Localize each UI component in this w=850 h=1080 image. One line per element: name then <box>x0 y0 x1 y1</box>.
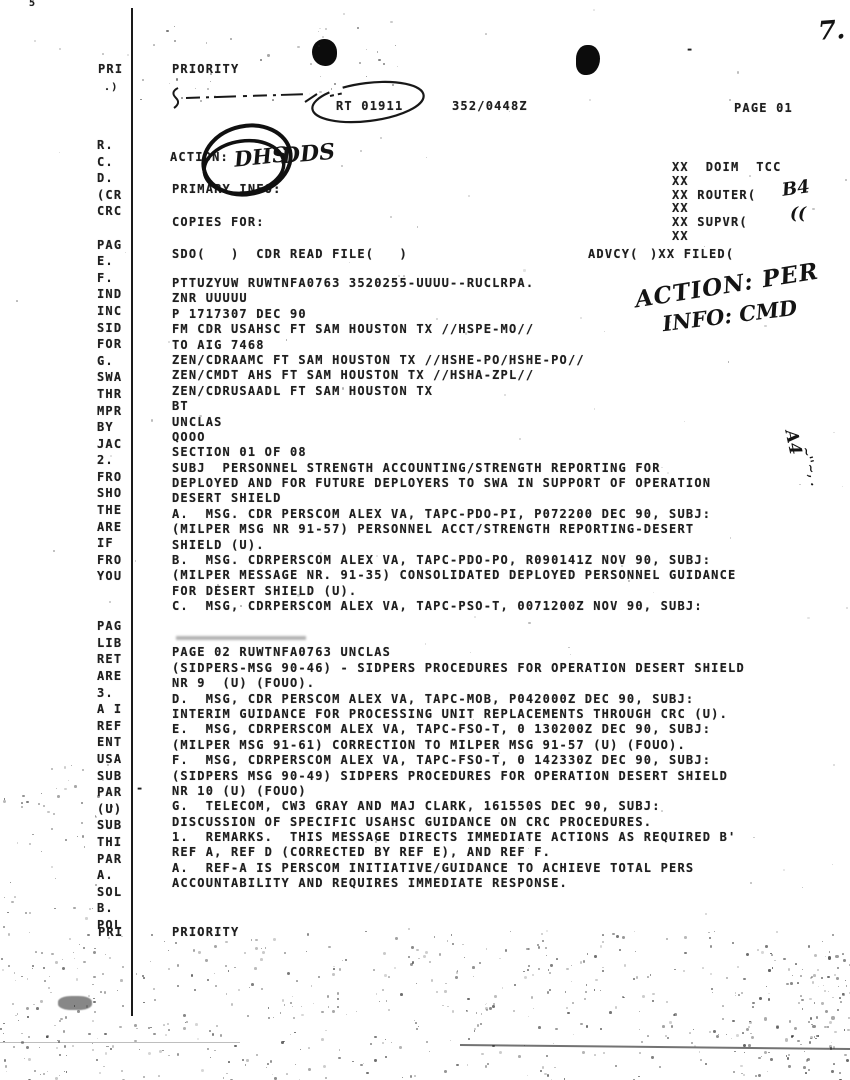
handwritten-supvr-mark: (( <box>790 204 806 224</box>
margin-line: ARE <box>97 668 122 685</box>
margin-line: A. <box>97 867 122 884</box>
message-line: F. MSG, CDRPERSCOM ALEX VA, TAPC-FSO-T, … <box>172 753 745 768</box>
margin-line: SUB <box>97 817 122 834</box>
margin-line: C. <box>97 154 122 171</box>
rt-number: RT 01911 <box>336 99 403 113</box>
margin-line: 3. <box>97 685 122 702</box>
margin-line: SWA <box>97 369 122 386</box>
margin-pri-bottom: PRI <box>98 925 123 939</box>
message-line: INTERIM GUIDANCE FOR PROCESSING UNIT REP… <box>172 707 745 722</box>
message-line: (SIDPERS MSG 90-49) SIDPERS PROCEDURES F… <box>172 769 745 784</box>
margin-mark: .) <box>104 82 118 93</box>
bottom-scan-line <box>460 1044 850 1050</box>
message-line: NR 9 (U) (FOUO). <box>172 676 745 691</box>
routing-xx-line: XX <box>672 175 782 189</box>
message-line: G. TELECOM, CW3 GRAY AND MAJ CLARK, 1615… <box>172 799 745 814</box>
margin-line: G. <box>97 353 122 370</box>
message-line: FOR DESERT SHIELD (U). <box>172 584 745 599</box>
margin-line: MPR <box>97 403 122 420</box>
margin-pri-top: PRI <box>98 62 123 76</box>
margin-line: SHO <box>97 485 122 502</box>
message-line: DISCUSSION OF SPECIFIC USAHSC GUIDANCE O… <box>172 815 745 830</box>
margin-line: (CR <box>97 187 122 204</box>
message-line: NR 10 (U) (FOUO) <box>172 784 745 799</box>
message-line: DESERT SHIELD <box>172 491 745 506</box>
margin-line: R. <box>97 137 122 154</box>
advcy-label: ADVCY( <box>588 247 639 261</box>
routing-xx-line: XX <box>672 230 782 244</box>
message-line: E. MSG, CDRPERSCOM ALEX VA, TAPC-FSO-T, … <box>172 722 745 737</box>
message-line: A. MSG. CDR PERSCOM ALEX VA, TAPC-PDO-PI… <box>172 507 745 522</box>
margin-dash: - <box>136 781 144 795</box>
primary-info-label: PRIMARY INFO: <box>172 182 282 196</box>
message-line: SECTION 01 OF 08 <box>172 445 745 460</box>
message-line: QOOO <box>172 430 745 445</box>
margin-line: FRO <box>97 552 122 569</box>
message-line <box>172 615 745 630</box>
margin-line <box>97 220 122 237</box>
margin-line: PAR <box>97 851 122 868</box>
handwritten-page-number: 7. <box>817 15 846 47</box>
margin-line: IND <box>97 286 122 303</box>
margin-line: PAG <box>97 237 122 254</box>
message-line: TO AIG 7468 <box>172 338 745 353</box>
margin-line: YOU <box>97 568 122 585</box>
sdo-read-file-line: SDO( ) CDR READ FILE( ) <box>172 247 408 261</box>
routing-xx-line: XX <box>672 202 782 216</box>
action-label: ACTION: <box>170 150 229 164</box>
action-handwritten-text: DDS <box>280 139 336 170</box>
margin-line: JAC <box>97 436 122 453</box>
message-line: C. MSG, CDRPERSCOM ALEX VA, TAPC-PSO-T, … <box>172 599 745 614</box>
margin-line: PAG <box>97 618 122 635</box>
message-line: 1. REMARKS. THIS MESSAGE DIRECTS IMMEDIA… <box>172 830 745 845</box>
message-line: (MILPER MESSAGE NR. 91-35) CONSOLIDATED … <box>172 568 745 583</box>
smudge-mark <box>58 996 92 1010</box>
margin-line: INC <box>97 303 122 320</box>
message-line: D. MSG, CDR PERSCOM ALEX VA, TAPC-MOB, P… <box>172 692 745 707</box>
margin-line: B. <box>97 900 122 917</box>
margin-line: USA <box>97 751 122 768</box>
bottom-scan-line <box>0 1042 240 1043</box>
message-line: ZNR UUUUU <box>172 291 745 306</box>
scanned-message-page: 5 7. - PRI .) PRIORITY RT 01911 352/0448… <box>0 0 850 1080</box>
filed-label: )XX FILED( <box>650 247 734 261</box>
margin-line: CRC <box>97 203 122 220</box>
message-line: DEPLOYED AND FOR FUTURE DEPLOYERS TO SWA… <box>172 476 745 491</box>
routing-xx-line: XX DOIM TCC <box>672 161 782 175</box>
margin-line: THR <box>97 386 122 403</box>
corner-mark: 5 <box>29 0 36 9</box>
margin-line: FOR <box>97 336 122 353</box>
left-margin-column: R.C.D.(CRCRCPAGE.F.INDINCSIDFORG.SWATHRM… <box>97 137 122 934</box>
date-time-group: 352/0448Z <box>452 99 528 113</box>
handwritten-side-squiggle: ~''~, . <box>798 445 822 487</box>
message-line: ZEN/CDRAAMC FT SAM HOUSTON TX //HSHE-PO/… <box>172 353 745 368</box>
message-line: ZEN/CMDT AHS FT SAM HOUSTON TX //HSHA-ZP… <box>172 368 745 383</box>
margin-line: F. <box>97 270 122 287</box>
message-line: (SIDPERS-MSG 90-46) - SIDPERS PROCEDURES… <box>172 661 745 676</box>
routing-xx-line: XX SUPVR( <box>672 216 782 230</box>
message-line: (MILPER MSG NR 91-57) PERSONNEL ACCT/STR… <box>172 522 745 537</box>
margin-line: D. <box>97 170 122 187</box>
margin-line: IF <box>97 535 122 552</box>
margin-line: ENT <box>97 734 122 751</box>
margin-line <box>97 585 122 602</box>
message-line: FM CDR USAHSC FT SAM HOUSTON TX //HSPE-M… <box>172 322 745 337</box>
margin-line: THE <box>97 502 122 519</box>
message-line: ACCOUNTABILITY AND REQUIRES IMMEDIATE RE… <box>172 876 745 891</box>
priority-label: PRIORITY <box>172 62 239 76</box>
page-number-label: PAGE 01 <box>734 101 793 115</box>
margin-line: SID <box>97 320 122 337</box>
margin-line: REF <box>97 718 122 735</box>
message-body: PTTUZYUW RUWTNFA0763 3520255-UUUU--RUCLR… <box>172 276 745 892</box>
margin-line: E. <box>97 253 122 270</box>
margin-line: 2. <box>97 452 122 469</box>
margin-line: BY <box>97 419 122 436</box>
margin-line: (U) <box>97 801 122 818</box>
hole-punch-icon <box>576 45 600 75</box>
margin-line: ARE <box>97 519 122 536</box>
margin-line: RET <box>97 651 122 668</box>
message-line: B. MSG. CDRPERSCOM ALEX VA, TAPC-PDO-PO,… <box>172 553 745 568</box>
routing-checkbox-column: XX DOIM TCCXXXX ROUTER(XXXX SUPVR( XX <box>672 161 782 244</box>
margin-line: THI <box>97 834 122 851</box>
margin-line <box>97 602 122 619</box>
margin-line: A I <box>97 701 122 718</box>
priority-label-bottom: PRIORITY <box>172 925 239 939</box>
message-line: A. REF-A IS PERSCOM INITIATIVE/GUIDANCE … <box>172 861 745 876</box>
margin-line: SOL <box>97 884 122 901</box>
margin-line: LIB <box>97 635 122 652</box>
message-line: REF A, REF D (CORRECTED BY REF E), AND R… <box>172 845 745 860</box>
message-line: ZEN/CDRUSAADL FT SAM HOUSTON TX <box>172 384 745 399</box>
margin-line: SUB <box>97 768 122 785</box>
message-line: SHIELD (U). <box>172 538 745 553</box>
smudge-mark <box>176 636 306 640</box>
message-line: (MILPER MSG 91-61) CORRECTION TO MILPER … <box>172 738 745 753</box>
routing-xx-line: XX ROUTER( <box>672 189 782 203</box>
handwritten-router-code: B4 <box>781 176 811 201</box>
message-line: PAGE 02 RUWTNFA0763 UNCLAS <box>172 645 745 660</box>
hole-punch-icon <box>312 39 337 66</box>
message-line: BT <box>172 399 745 414</box>
margin-line: FRO <box>97 469 122 486</box>
vertical-rule <box>131 8 133 1016</box>
stray-dash: - <box>686 42 694 56</box>
message-line: PTTUZYUW RUWTNFA0763 3520255-UUUU--RUCLR… <box>172 276 745 291</box>
message-line: UNCLAS <box>172 415 745 430</box>
message-line: P 1717307 DEC 90 <box>172 307 745 322</box>
message-line: SUBJ PERSONNEL STRENGTH ACCOUNTING/STREN… <box>172 461 745 476</box>
copies-for-label: COPIES FOR: <box>172 215 265 229</box>
margin-line: PAR <box>97 784 122 801</box>
